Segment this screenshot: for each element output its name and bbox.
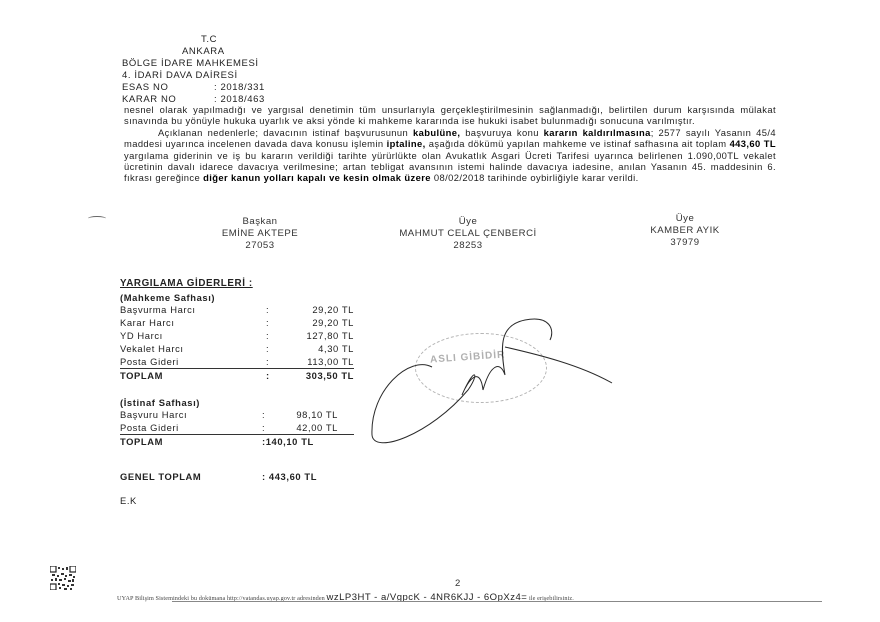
- signatory-member-2: Üye KAMBER AYIK 37979: [630, 213, 740, 249]
- header-city: ANKARA: [122, 46, 265, 58]
- court-header: T.C ANKARA BÖLGE İDARE MAHKEMESİ 4. İDAR…: [122, 34, 265, 106]
- header-chamber: 4. İDARİ DAVA DAİRESİ: [122, 70, 265, 82]
- cost-label: Başvuru Harcı: [120, 408, 262, 421]
- cost-value: 127,80 TL: [280, 329, 354, 342]
- esas-no-row: ESAS NO : 2018/331: [122, 82, 265, 94]
- signatory-role: Başkan: [205, 216, 315, 228]
- cost-sep: :: [262, 421, 276, 434]
- esas-no-value: : 2018/331: [214, 82, 265, 94]
- signatory-number: 27053: [205, 240, 315, 252]
- cost-sep: :: [266, 355, 280, 368]
- cost-sep: :: [262, 408, 276, 421]
- cost-label: Karar Harcı: [120, 316, 266, 329]
- page-number: 2: [455, 578, 460, 589]
- signatory-name: EMİNE AKTEPE: [205, 228, 315, 240]
- signatory-name: MAHMUT CELAL ÇENBERCİ: [368, 228, 568, 240]
- cost-row: Başvuru Harcı:98,10 TL: [120, 408, 354, 421]
- cost-label: Başvurma Harcı: [120, 303, 266, 316]
- cost-sep: :: [266, 329, 280, 342]
- signatory-role: Üye: [630, 213, 740, 225]
- appeal-stage-total: TOPLAM :140,10 TL: [120, 435, 354, 448]
- signatory-member-1: Üye MAHMUT CELAL ÇENBERCİ 28253: [368, 216, 568, 252]
- paragraph-2: Açıklanan nedenlerle; davacının istinaf …: [124, 127, 776, 184]
- cost-sep: :: [266, 316, 280, 329]
- cost-row: YD Harcı:127,80 TL: [120, 329, 354, 342]
- cost-row: Vekalet Harcı:4,30 TL: [120, 342, 354, 355]
- cost-row: Başvurma Harcı:29,20 TL: [120, 303, 354, 316]
- cost-sep: :: [266, 303, 280, 316]
- cost-row: Posta Gideri:42,00 TL: [120, 421, 354, 435]
- cost-row: Karar Harcı:29,20 TL: [120, 316, 354, 329]
- cost-label: Vekalet Harcı: [120, 342, 266, 355]
- initials: E.K: [120, 495, 354, 506]
- qr-code[interactable]: [50, 566, 76, 590]
- signatory-number: 37979: [630, 237, 740, 249]
- esas-no-label: ESAS NO: [122, 82, 214, 94]
- signatory-number: 28253: [368, 240, 568, 252]
- cost-value: 29,20 TL: [280, 316, 354, 329]
- court-stage-items: Başvurma Harcı:29,20 TLKarar Harcı:29,20…: [120, 303, 354, 369]
- cost-value: 29,20 TL: [280, 303, 354, 316]
- header-tc: T.C: [122, 34, 265, 46]
- court-stage-heading: (Mahkeme Safhası): [120, 292, 354, 303]
- margin-mark: [88, 216, 106, 221]
- appeal-stage-heading: (İstinaf Safhası): [120, 397, 354, 408]
- decision-body: nesnel olarak yapılmadığı ve yargısal de…: [124, 104, 776, 184]
- signatory-name: KAMBER AYIK: [630, 225, 740, 237]
- litigation-costs: YARGILAMA GİDERLERİ : (Mahkeme Safhası) …: [120, 278, 354, 506]
- cost-label: Posta Gideri: [120, 355, 266, 368]
- footer-rule: [172, 601, 822, 602]
- signatory-president: Başkan EMİNE AKTEPE 27053: [205, 216, 315, 252]
- paragraph-1: nesnel olarak yapılmadığı ve yargısal de…: [124, 104, 776, 127]
- appeal-stage-items: Başvuru Harcı:98,10 TLPosta Gideri:42,00…: [120, 408, 354, 435]
- cost-label: YD Harcı: [120, 329, 266, 342]
- cost-value: 113,00 TL: [280, 355, 354, 368]
- court-stage-total: TOPLAM : 303,50 TL: [120, 369, 354, 382]
- header-court: BÖLGE İDARE MAHKEMESİ: [122, 58, 265, 70]
- grand-total: GENEL TOPLAM : 443,60 TL: [120, 470, 354, 483]
- cost-value: 42,00 TL: [276, 421, 338, 434]
- cost-value: 4,30 TL: [280, 342, 354, 355]
- cost-label: Posta Gideri: [120, 421, 262, 434]
- cost-sep: :: [266, 342, 280, 355]
- cost-row: Posta Gideri:113,00 TL: [120, 355, 354, 369]
- signature-scribble: [350, 295, 650, 455]
- cost-value: 98,10 TL: [276, 408, 338, 421]
- costs-title: YARGILAMA GİDERLERİ :: [120, 278, 354, 289]
- signatory-role: Üye: [368, 216, 568, 228]
